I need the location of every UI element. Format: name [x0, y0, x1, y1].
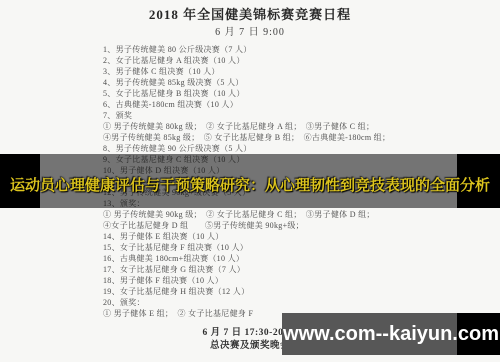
- schedule-line: 3、男子健体 C 组决赛（10 人）: [103, 66, 473, 77]
- schedule-line: 14、男子健体 E 组决赛（10 人）: [103, 231, 473, 242]
- schedule-line: ④女子比基尼健身 D 组 ⑤男子传统健美 90kg+级；: [103, 220, 473, 231]
- seo-headline-text: 运动员心理健康评估与干预策略研究：从心理韧性到竞技表现的全面分析: [0, 154, 500, 208]
- schedule-line: 20、颁奖：: [103, 297, 473, 308]
- document-title: 2018 年全国健美锦标赛竞赛日程: [0, 7, 500, 23]
- schedule-line: 7、颁奖: [103, 110, 473, 121]
- schedule-line: 4、男子传统健美 85kg 级决赛（5 人）: [103, 77, 473, 88]
- schedule-line: 8、男子传统健美 90 公斤级决赛（5 人）: [103, 143, 473, 154]
- schedule-line: 2、女子比基尼健身 A 组决赛（10 人）: [103, 55, 473, 66]
- schedule-line: 16、古典健美 180cm+组决赛（10 人）: [103, 253, 473, 264]
- schedule-line: ① 男子传统健美 90kg 级； ② 女子比基尼健身 C 组； ③男子健体 D …: [103, 209, 473, 220]
- schedule-line: ④男子传统健美 85kg 级； ⑤ 女子比基尼健身 B 组； ⑥古典健美-180…: [103, 132, 473, 143]
- schedule-line: 1、男子传统健美 80 公斤级决赛（7 人）: [103, 44, 473, 55]
- watermark-url: www.com--kaiyun.com: [282, 313, 500, 355]
- schedule-line: 18、男子健体 F 组决赛（10 人）: [103, 275, 473, 286]
- schedule-line: 6、古典健美-180cm 组决赛（10 人）: [103, 99, 473, 110]
- schedule-page: 2018 年全国健美锦标赛竞赛日程 6 月 7 日 9:00 1、男子传统健美 …: [0, 0, 500, 362]
- schedule-line: 5、女子比基尼健身 B 组决赛（10 人）: [103, 88, 473, 99]
- schedule-line: 17、女子比基尼健身 G 组决赛（7 人）: [103, 264, 473, 275]
- schedule-line: 15、女子比基尼健身 F 组决赛（10 人）: [103, 242, 473, 253]
- schedule-line: 19、女子比基尼健身 H 组决赛（12 人）: [103, 286, 473, 297]
- schedule-line: ① 男子传统健美 80kg 级； ② 女子比基尼健身 A 组； ③男子健体 C …: [103, 121, 473, 132]
- session-time: 6 月 7 日 9:00: [0, 27, 500, 39]
